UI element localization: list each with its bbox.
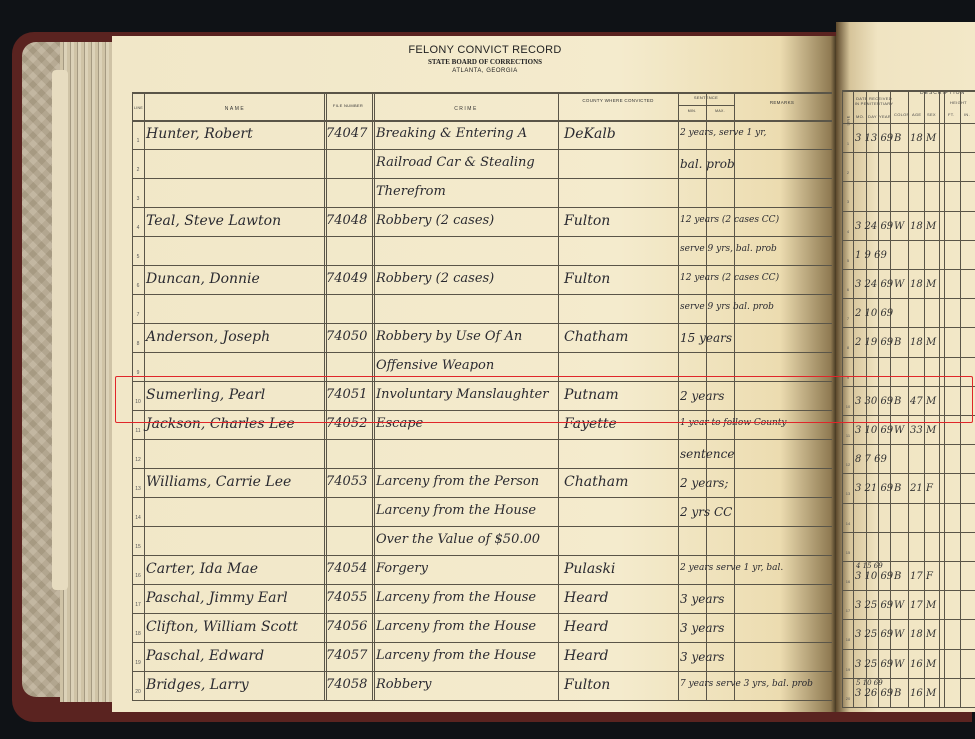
entry-county: Heard bbox=[564, 648, 609, 664]
entry-age: 18 bbox=[910, 279, 923, 290]
line-number: 3 bbox=[843, 199, 853, 204]
row-rule bbox=[132, 526, 832, 527]
entry-sentence: 15 years bbox=[680, 331, 732, 345]
entry-age: 21 bbox=[910, 483, 923, 494]
entry-name: Clifton, William Scott bbox=[146, 619, 298, 635]
entry-sex: M bbox=[926, 659, 936, 670]
entry-crime: Larceny from the House bbox=[376, 590, 536, 605]
document-header: FELONY CONVICT RECORD STATE BOARD OF COR… bbox=[380, 44, 590, 74]
extra-date: 1 9 69 bbox=[855, 250, 887, 261]
col-header-name: NAME bbox=[146, 106, 324, 112]
row-rule bbox=[132, 149, 832, 150]
rcol-header-height: HEIGHT bbox=[950, 100, 967, 105]
row-rule bbox=[132, 584, 832, 585]
entry-sentence: 2 yrs CC bbox=[680, 505, 732, 519]
entry-sentence: serve 9 yrs, bal. prob bbox=[680, 244, 777, 254]
row-rule bbox=[132, 613, 832, 614]
entry-age: 18 bbox=[910, 629, 923, 640]
entry-crime: Over the Value of $50.00 bbox=[376, 532, 540, 547]
entry-sentence: 12 years (2 cases CC) bbox=[680, 215, 779, 225]
entry-sentence: sentence bbox=[680, 447, 734, 461]
row-rule bbox=[132, 671, 832, 672]
entry-color: W bbox=[894, 279, 904, 290]
entry-file-number: 74050 bbox=[326, 329, 367, 344]
line-number: 12 bbox=[843, 462, 853, 467]
entry-name: Hunter, Robert bbox=[146, 126, 253, 142]
row-rule bbox=[132, 265, 832, 266]
entry-crime: Larceny from the Person bbox=[376, 474, 539, 489]
entry-file-number: 74054 bbox=[326, 561, 367, 576]
line-number: 15 bbox=[843, 550, 853, 555]
entry-sex: F bbox=[926, 571, 933, 582]
entry-crime: Forgery bbox=[376, 561, 428, 576]
entry-color: W bbox=[894, 600, 904, 611]
rcol-header-mo: MO. bbox=[856, 114, 864, 119]
line-number: 19 bbox=[843, 667, 853, 672]
entry-date-received: 3 25 69 bbox=[855, 659, 893, 670]
col-header-remarks: REMARKS bbox=[742, 100, 822, 105]
line-number: 13 bbox=[843, 491, 853, 496]
line-number: 16 bbox=[133, 573, 143, 579]
entry-crime: Larceny from the House bbox=[376, 503, 536, 518]
entry-name: Duncan, Donnie bbox=[146, 271, 260, 287]
row-rule bbox=[132, 700, 832, 701]
line-number: 19 bbox=[133, 660, 143, 666]
entry-file-number: 74058 bbox=[326, 677, 367, 692]
row-rule bbox=[132, 555, 832, 556]
entry-color: W bbox=[894, 659, 904, 670]
rcol-header-sex: SEX bbox=[927, 112, 936, 117]
line-number: 17 bbox=[133, 602, 143, 608]
entry-age: 18 bbox=[910, 221, 923, 232]
entry-date-received: 3 10 69 bbox=[855, 425, 893, 436]
col-header-line: LINE bbox=[134, 106, 142, 110]
entry-county: Chatham bbox=[564, 474, 628, 490]
document-subtitle: STATE BOARD OF CORRECTIONS bbox=[380, 58, 590, 66]
entry-name: Paschal, Jimmy Earl bbox=[146, 590, 288, 606]
entry-color: B bbox=[894, 571, 901, 582]
entry-date-received: 3 25 69 bbox=[855, 600, 893, 611]
line-number: 14 bbox=[843, 521, 853, 526]
extra-date: 2 10 69 bbox=[855, 308, 893, 319]
entry-date-received: 3 24 69 bbox=[855, 279, 893, 290]
entry-county: Pulaski bbox=[564, 561, 615, 577]
entry-sex: M bbox=[926, 337, 936, 348]
line-number: 11 bbox=[133, 428, 143, 434]
line-number: 7 bbox=[843, 316, 853, 321]
index-tab-strip bbox=[52, 70, 68, 590]
document-title: FELONY CONVICT RECORD bbox=[380, 44, 590, 56]
entry-crime: Larceny from the House bbox=[376, 648, 536, 663]
rcol-header-day: DAY bbox=[868, 114, 877, 119]
entry-sentence: 2 years, serve 1 yr, bbox=[680, 128, 766, 138]
row-rule bbox=[132, 178, 832, 179]
entry-sentence: serve 9 yrs bal. prob bbox=[680, 302, 774, 312]
line-number: 4 bbox=[133, 225, 143, 231]
entry-county: DeKalb bbox=[564, 126, 616, 142]
line-number: 8 bbox=[843, 345, 853, 350]
entry-color: B bbox=[894, 483, 901, 494]
line-number: 6 bbox=[133, 283, 143, 289]
entry-file-number: 74057 bbox=[326, 648, 367, 663]
entry-crime: Railroad Car & Stealing bbox=[376, 155, 535, 170]
entry-file-number: 74049 bbox=[326, 271, 367, 286]
line-number: 2 bbox=[843, 170, 853, 175]
line-number: 4 bbox=[843, 229, 853, 234]
entry-date-received: 3 24 69 bbox=[855, 221, 893, 232]
col-header-min: MIN. bbox=[678, 109, 706, 113]
entry-sentence: 2 years serve 1 yr, bal. bbox=[680, 563, 783, 573]
entry-sex: M bbox=[926, 600, 936, 611]
entry-age: 18 bbox=[910, 337, 923, 348]
line-number: 18 bbox=[843, 637, 853, 642]
line-number: 16 bbox=[843, 579, 853, 584]
col-header-max: MAX. bbox=[706, 109, 734, 113]
col-header-crime: CRIME bbox=[374, 106, 558, 112]
entry-file-number: 74047 bbox=[326, 126, 367, 141]
entry-age: 16 bbox=[910, 659, 923, 670]
entry-date-received: 3 10 69 bbox=[855, 571, 893, 582]
line-number: 20 bbox=[133, 689, 143, 695]
entry-age: 16 bbox=[910, 688, 923, 699]
entry-date-received: 3 25 69 bbox=[855, 629, 893, 640]
entry-crime: Therefrom bbox=[376, 184, 446, 199]
page-edges bbox=[60, 42, 118, 702]
line-number: 12 bbox=[133, 457, 143, 463]
entry-date-received: 2 19 69 bbox=[855, 337, 893, 348]
entry-color: W bbox=[894, 425, 904, 436]
rule-top bbox=[132, 92, 832, 94]
entry-file-number: 74048 bbox=[326, 213, 367, 228]
entry-color: B bbox=[894, 688, 901, 699]
entry-county: Heard bbox=[564, 590, 609, 606]
entry-sex: F bbox=[926, 483, 933, 494]
highlighted-record[interactable] bbox=[115, 376, 973, 423]
extra-date: 4 15 69 bbox=[856, 562, 883, 570]
entry-sentence: bal. prob bbox=[680, 157, 735, 171]
col-header-file-number: FILE NUMBER bbox=[326, 103, 370, 108]
entry-color: B bbox=[894, 337, 901, 348]
line-number: 6 bbox=[843, 287, 853, 292]
row-rule bbox=[132, 236, 832, 237]
line-number: 5 bbox=[133, 254, 143, 260]
line-number: 5 bbox=[843, 258, 853, 263]
entry-sex: M bbox=[926, 133, 936, 144]
entry-sentence: 2 years; bbox=[680, 476, 728, 490]
extra-date: 8 7 69 bbox=[855, 454, 887, 465]
line-number: 13 bbox=[133, 486, 143, 492]
row-rule bbox=[132, 468, 832, 469]
entry-name: Teal, Steve Lawton bbox=[146, 213, 281, 229]
entry-county: Fulton bbox=[564, 213, 610, 229]
rcol-header-date-received: DATE RECEIVED IN PENITENTIARY bbox=[854, 96, 894, 106]
line-number: 11 bbox=[843, 433, 853, 438]
line-number: 14 bbox=[133, 515, 143, 521]
line-number: 1 bbox=[133, 138, 143, 144]
row-rule bbox=[132, 323, 832, 324]
line-number: 8 bbox=[133, 341, 143, 347]
entry-sentence: 3 years bbox=[680, 592, 724, 606]
col-header-county: COUNTY WHERE CONVICTED bbox=[560, 98, 676, 103]
entry-date-received: 3 26 69 bbox=[855, 688, 893, 699]
entry-crime: Larceny from the House bbox=[376, 619, 536, 634]
entry-date-received: 3 13 69 bbox=[855, 133, 893, 144]
entry-date-received: 3 21 69 bbox=[855, 483, 893, 494]
line-number: 7 bbox=[133, 312, 143, 318]
entry-color: W bbox=[894, 629, 904, 640]
entry-file-number: 74056 bbox=[326, 619, 367, 634]
entry-name: Williams, Carrie Lee bbox=[146, 474, 291, 490]
row-rule bbox=[132, 439, 832, 440]
entry-sentence: 3 years bbox=[680, 650, 724, 664]
line-number: 20 bbox=[843, 696, 853, 701]
entry-file-number: 74055 bbox=[326, 590, 367, 605]
entry-name: Carter, Ida Mae bbox=[146, 561, 258, 577]
entry-crime: Robbery (2 cases) bbox=[376, 213, 494, 228]
rcol-header-line: LINE bbox=[846, 115, 851, 125]
entry-color: B bbox=[894, 133, 901, 144]
entry-county: Heard bbox=[564, 619, 609, 635]
entry-name: Bridges, Larry bbox=[146, 677, 249, 693]
line-number: 17 bbox=[843, 608, 853, 613]
entry-sentence: 3 years bbox=[680, 621, 724, 635]
row-rule bbox=[132, 642, 832, 643]
entry-crime: Offensive Weapon bbox=[376, 358, 494, 373]
line-number: 2 bbox=[133, 167, 143, 173]
entry-crime: Breaking & Entering A bbox=[376, 126, 527, 141]
entry-sentence: 7 years serve 3 yrs, bal. prob bbox=[680, 679, 813, 689]
row-rule bbox=[132, 207, 832, 208]
line-number: 15 bbox=[133, 544, 143, 550]
entry-age: 17 bbox=[910, 600, 923, 611]
entry-county: Fulton bbox=[564, 271, 610, 287]
entry-sentence: 12 years (2 cases CC) bbox=[680, 273, 779, 283]
entry-sex: M bbox=[926, 279, 936, 290]
entry-sex: M bbox=[926, 629, 936, 640]
entry-age: 17 bbox=[910, 571, 923, 582]
rule-header bbox=[132, 120, 832, 122]
entry-file-number: 74053 bbox=[326, 474, 367, 489]
entry-name: Anderson, Joseph bbox=[146, 329, 270, 345]
row-rule bbox=[132, 352, 832, 353]
extra-date: 5 10 69 bbox=[856, 679, 883, 687]
rcol-header-ft: FT. bbox=[948, 112, 954, 117]
entry-age: 33 bbox=[910, 425, 923, 436]
entry-color: W bbox=[894, 221, 904, 232]
row-rule bbox=[132, 294, 832, 295]
document-location: ATLANTA, GEORGIA bbox=[380, 68, 590, 74]
line-number: 18 bbox=[133, 631, 143, 637]
row-rule bbox=[842, 707, 975, 708]
entry-sex: M bbox=[926, 221, 936, 232]
entry-sex: M bbox=[926, 425, 936, 436]
entry-crime: Robbery (2 cases) bbox=[376, 271, 494, 286]
rcol-header-in: IN. bbox=[964, 112, 970, 117]
line-number: 1 bbox=[843, 141, 853, 146]
entry-name: Paschal, Edward bbox=[146, 648, 264, 664]
row-rule bbox=[132, 497, 832, 498]
rcol-header-age: AGE bbox=[912, 112, 921, 117]
entry-age: 18 bbox=[910, 133, 923, 144]
entry-county: Fulton bbox=[564, 677, 610, 693]
entry-crime: Robbery bbox=[376, 677, 432, 692]
entry-county: Chatham bbox=[564, 329, 628, 345]
line-number: 3 bbox=[133, 196, 143, 202]
entry-crime: Robbery by Use Of An bbox=[376, 329, 522, 344]
entry-sex: M bbox=[926, 688, 936, 699]
